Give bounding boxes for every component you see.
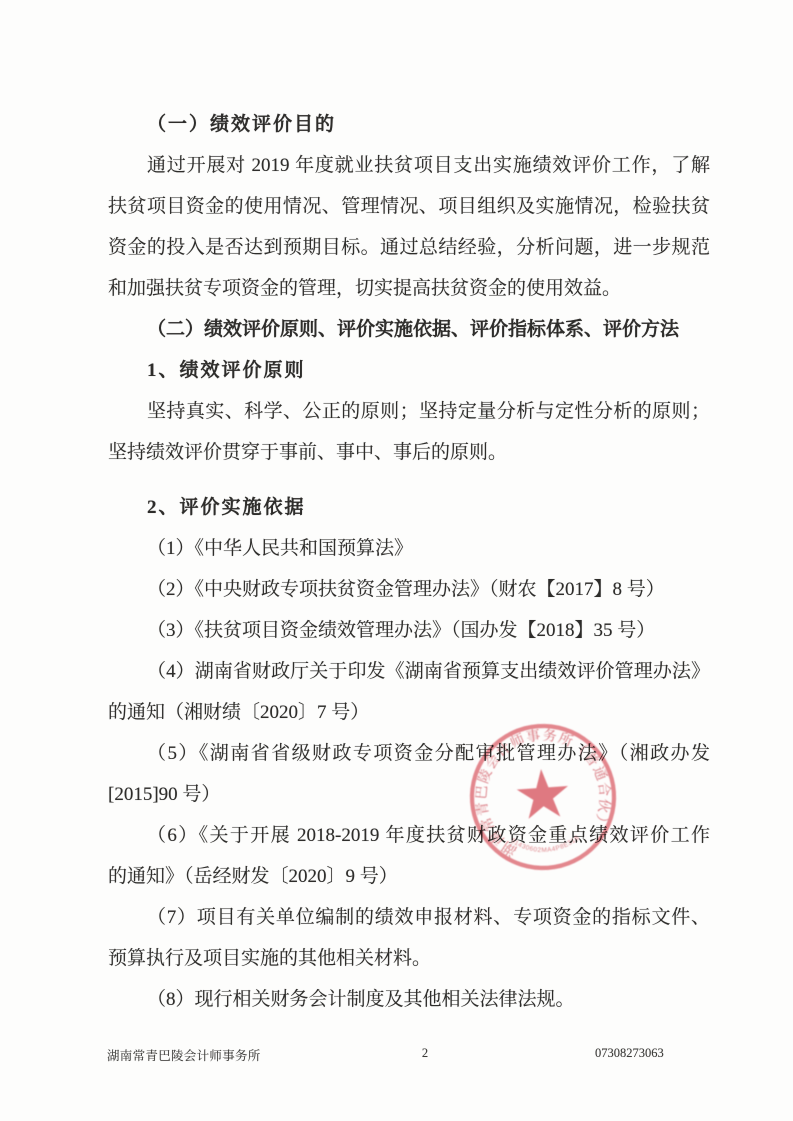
list-item: （3）《扶贫项目资金绩效管理办法》（国办发【2018】35 号）: [108, 610, 710, 651]
sub-heading: 2、评价实施依据: [108, 487, 710, 528]
list-item: （8）现行相关财务会计制度及其他相关法律法规。: [108, 979, 710, 1020]
list-item-continuation: 预算执行及项目实施的其他相关材料。: [108, 938, 710, 979]
body-line: 资金的投入是否达到预期目标。通过总结经验，分析问题，进一步规范: [108, 227, 710, 268]
footer-page-number: 2: [300, 1046, 550, 1061]
list-item: （1）《中华人民共和国预算法》: [108, 528, 710, 569]
body-line: 坚持真实、科学、公正的原则；坚持定量分析与定性分析的原则；: [108, 391, 710, 432]
list-item: （2）《中央财政专项扶贫资金管理办法》（财农【2017】8 号）: [108, 569, 710, 610]
footer-phone-number: 07308273063: [595, 1046, 664, 1061]
section-heading: （二）绩效评价原则、评价实施依据、评价指标体系、评价方法: [108, 309, 710, 350]
body-line: 扶贫项目资金的使用情况、管理情况、项目组织及实施情况，检验扶贫: [108, 186, 710, 227]
section-heading: （一）绩效评价目的: [108, 104, 710, 145]
body-line: 通过开展对 2019 年度就业扶贫项目支出实施绩效评价工作，了解: [108, 145, 710, 186]
sub-heading: 1、绩效评价原则: [108, 350, 710, 391]
star-icon: [515, 767, 570, 819]
scanned-document-page: （一）绩效评价目的 通过开展对 2019 年度就业扶贫项目支出实施绩效评价工作，…: [0, 0, 793, 1121]
body-line: 和加强扶贫专项资金的管理，切实提高扶贫资金的使用效益。: [108, 268, 710, 309]
official-seal: 湖南常青巴陵会计师事务所（普通合伙） 91430602MA4P8E31B6: [452, 706, 633, 887]
body-line: 坚持绩效评价贯穿于事前、事中、事后的原则。: [108, 432, 710, 473]
document-body: （一）绩效评价目的 通过开展对 2019 年度就业扶贫项目支出实施绩效评价工作，…: [108, 104, 710, 1020]
footer-company-name: 湖南常青巴陵会计师事务所: [107, 1046, 261, 1064]
list-item: （7）项目有关单位编制的绩效申报材料、专项资金的指标文件、: [108, 897, 710, 938]
list-item: （4）湖南省财政厅关于印发《湖南省预算支出绩效评价管理办法》: [108, 651, 710, 692]
